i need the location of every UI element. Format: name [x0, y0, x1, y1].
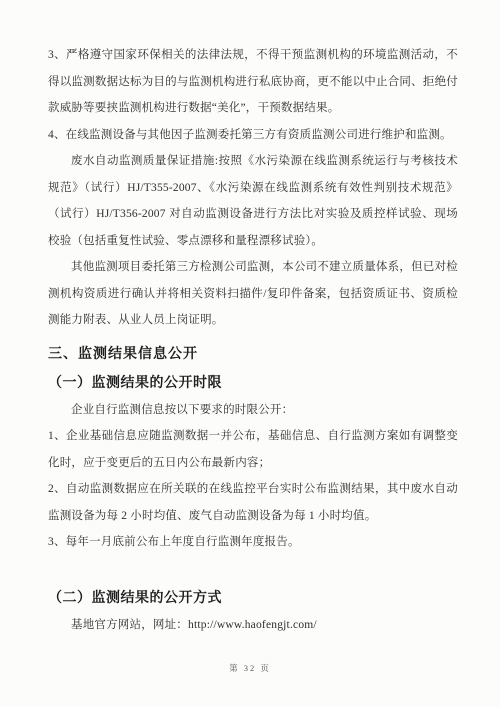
paragraph-rule-3: 3、严格遵守国家环保相关的法律法规，不得干预监测机构的环境监测活动，不得以监测数… — [48, 42, 458, 122]
paragraph-website: 基地官方网站，网址：http://www.haofengjt.com/ — [48, 612, 458, 639]
heading-section-3: 三、监测结果信息公开 — [48, 339, 458, 368]
paragraph-rule-4: 4、在线监测设备与其他因子监测委托第三方有资质监测公司进行维护和监测。 — [48, 122, 458, 149]
heading-subsection-1: （一）监测结果的公开时限 — [48, 368, 458, 397]
page-number: 第 32 页 — [0, 662, 500, 674]
paragraph-disclosure-rule-1: 1、企业基础信息应随监测数据一并公布，基础信息、自行监测方案如有调整变化时，应于… — [48, 423, 458, 476]
document-page: 3、严格遵守国家环保相关的法律法规，不得干预监测机构的环境监测活动，不得以监测数… — [0, 0, 500, 707]
paragraph-wastewater-qa: 废水自动监测质量保证措施:按照《水污染源在线监测系统运行与考核技术规范》（试行）… — [48, 148, 458, 254]
document-content: 3、严格遵守国家环保相关的法律法规，不得干预监测机构的环境监测活动，不得以监测数… — [48, 42, 458, 638]
heading-subsection-2: （二）监测结果的公开方式 — [48, 583, 458, 612]
paragraph-other-monitoring: 其他监测项目委托第三方检测公司监测，本公司不建立质量体系，但已对检测机构资质进行… — [48, 254, 458, 334]
paragraph-disclosure-rule-3: 3、每年一月底前公布上年度自行监测年度报告。 — [48, 529, 458, 556]
paragraph-disclosure-intro: 企业自行监测信息按以下要求的时限公开： — [48, 397, 458, 424]
paragraph-disclosure-rule-2: 2、自动监测数据应在所关联的在线监控平台实时公布监测结果，其中废水自动监测设备为… — [48, 476, 458, 529]
